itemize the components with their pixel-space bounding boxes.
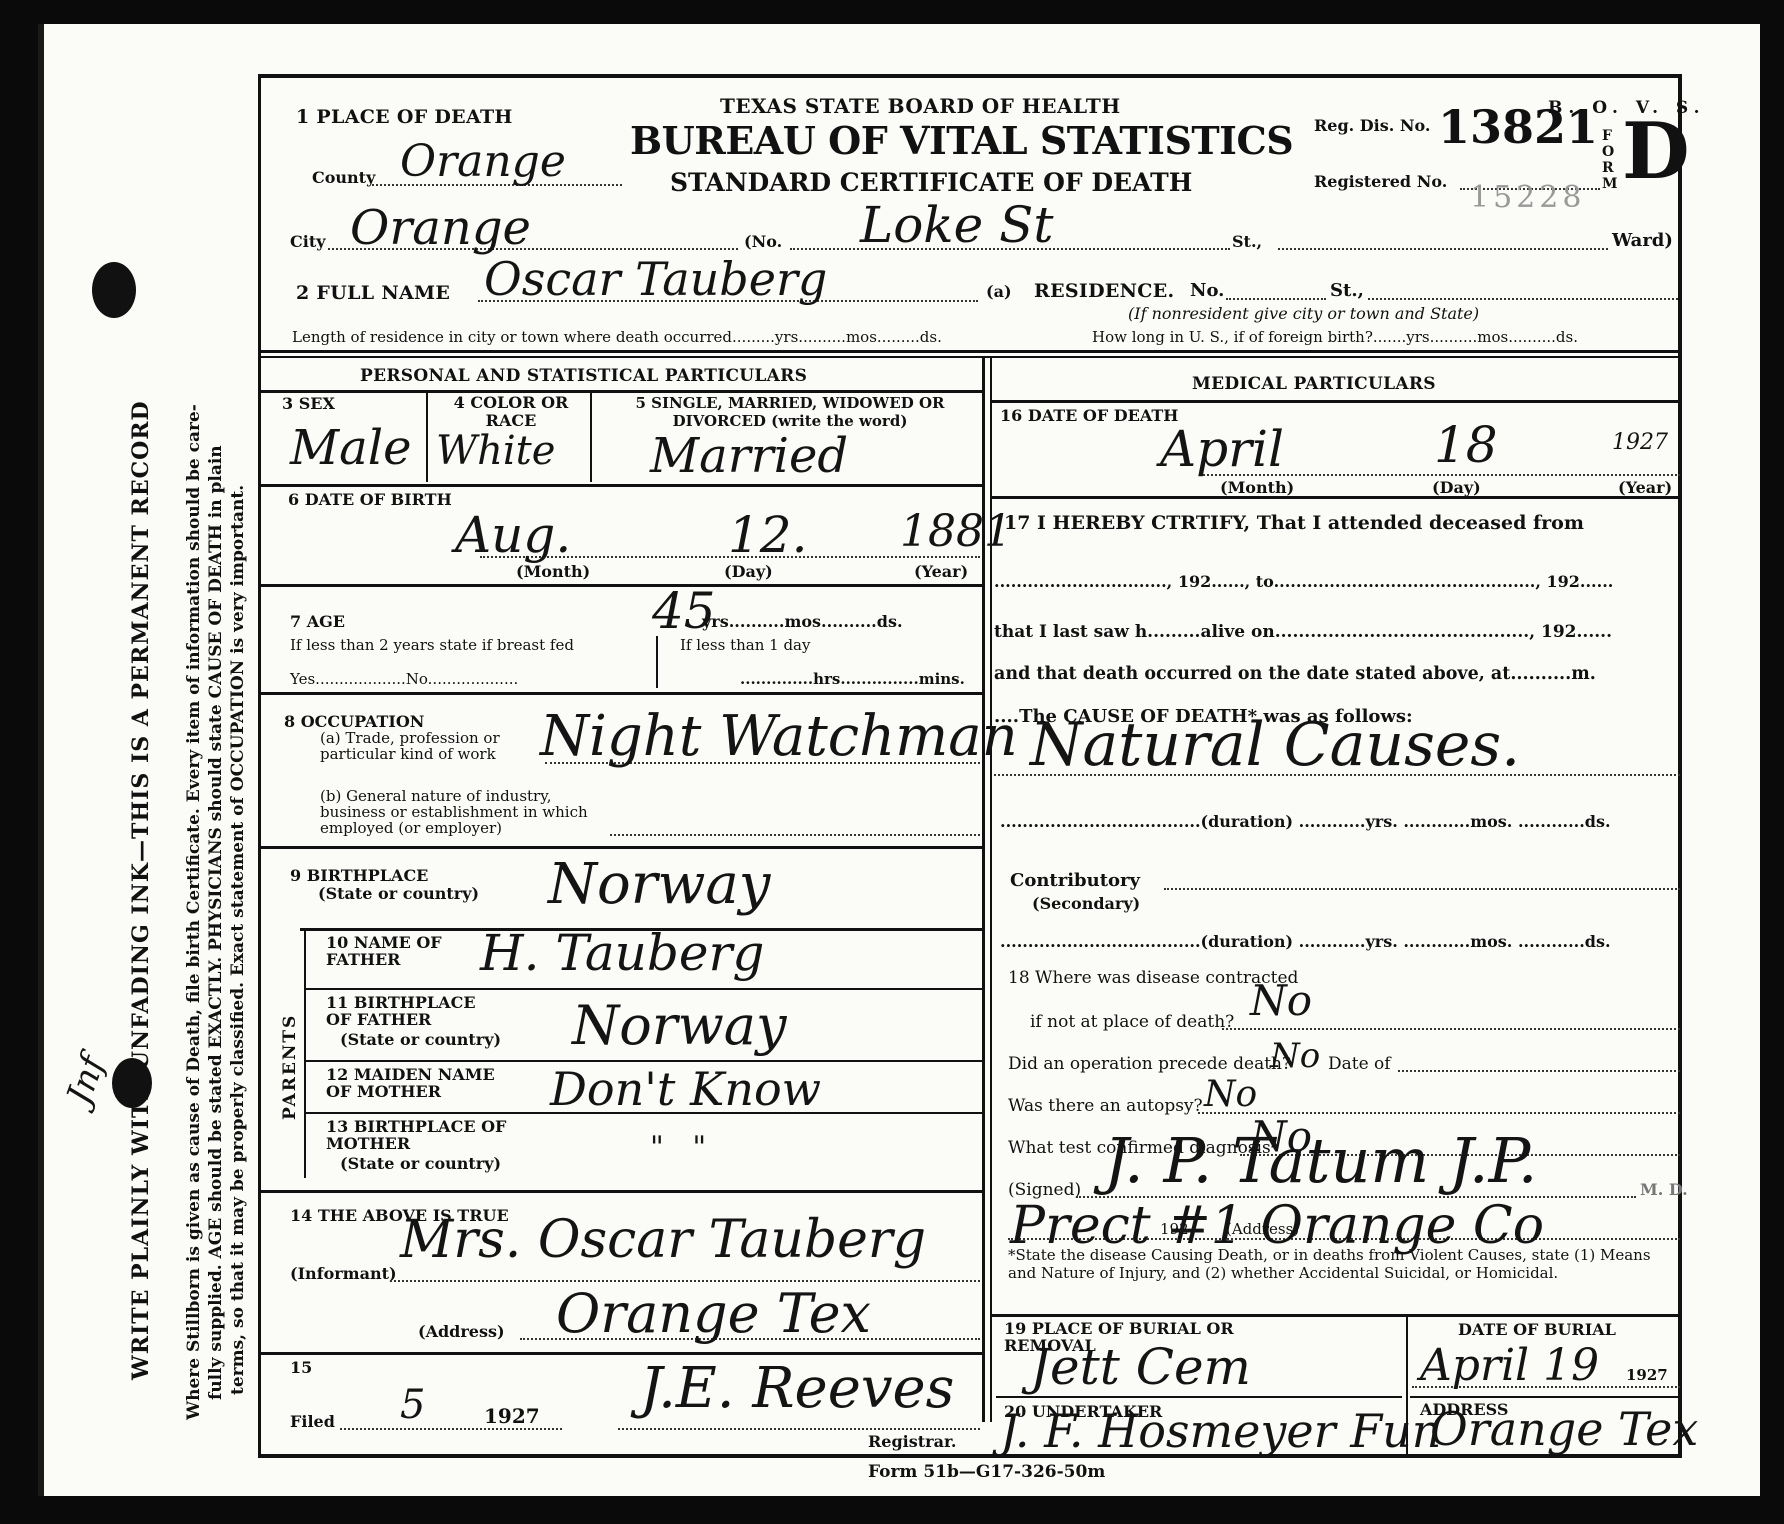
not-at-place-label: if not at place of death? — [1030, 1012, 1234, 1032]
divider-dob — [260, 484, 982, 487]
age-value: 45 — [652, 582, 716, 640]
residence-st-label: St., — [1330, 280, 1364, 301]
last-saw-alive-line: that I last saw h.........alive on......… — [994, 622, 1612, 642]
dod-month-caption: (Month) — [1220, 478, 1294, 497]
residence-no-label: No. — [1190, 280, 1224, 301]
bureau-title: BUREAU OF VITAL STATISTICS — [630, 118, 1293, 163]
dob-month-value: Aug. — [455, 506, 571, 564]
binder-hole-bottom — [112, 1058, 152, 1108]
occupation-a-label: (a) Trade, profession or particular kind… — [320, 730, 550, 762]
less-than-1-day-label: If less than 1 day — [680, 636, 810, 654]
city-value: Orange — [350, 200, 531, 256]
margin-instructions-line-3: terms, so that it may be properly classi… — [228, 485, 248, 1395]
filed-label: Filed — [290, 1412, 335, 1431]
medical-section-title: MEDICAL PARTICULARS — [1192, 374, 1436, 394]
color-value: White — [436, 428, 555, 474]
form-letter-d: D — [1622, 112, 1690, 192]
nonresident-note: (If nonresident give city or town and St… — [1128, 304, 1479, 323]
color-marital-divider — [590, 392, 592, 482]
mother-birthplace-sub: (State or country) — [340, 1154, 501, 1173]
operation-label: Did an operation precede death? — [1008, 1054, 1291, 1074]
how-long-in-us: How long in U. S., if of foreign birth?.… — [1092, 328, 1578, 346]
street-no-label: (No. — [744, 232, 782, 251]
divider-filed — [260, 1352, 982, 1355]
informant-address-label: (Address) — [418, 1322, 505, 1341]
divider-burial — [992, 1314, 1682, 1317]
age-divider — [656, 636, 658, 688]
length-of-residence: Length of residence in city or town wher… — [292, 328, 942, 346]
dod-day-caption: (Day) — [1432, 478, 1481, 497]
certify-statement: 17 I HEREBY CTRTIFY, That I attended dec… — [1004, 512, 1584, 534]
informant-address-value: Orange Tex — [556, 1282, 871, 1345]
filed-day-value: 5 — [400, 1382, 425, 1428]
place-of-death-label: 1 PLACE OF DEATH — [296, 106, 513, 128]
dod-day-value: 18 — [1434, 416, 1498, 474]
occupation-b-line — [610, 834, 980, 836]
father-name-label: 10 NAME OF FATHER — [326, 934, 456, 968]
undertaker-address-value: Orange Tex — [1430, 1402, 1698, 1456]
divider-personal-title — [260, 390, 982, 393]
undertaker-value: J. F. Hosmeyer Fun — [1000, 1404, 1441, 1458]
form-number: Form 51b—G17-326-50m — [868, 1462, 1105, 1482]
physician-address-label: (Address) — [1226, 1220, 1299, 1238]
reg-dis-label: Reg. Dis. No. — [1314, 116, 1431, 135]
age-units: yrs..........mos..........ds. — [702, 612, 903, 631]
birthplace-value: Norway — [548, 852, 770, 917]
binder-hole-top — [92, 262, 136, 318]
county-label: County — [312, 168, 375, 187]
marital-status-label: 5 SINGLE, MARRIED, WIDOWED OR DIVORCED (… — [600, 394, 980, 430]
dob-year-value: 1881 — [900, 506, 1012, 557]
residence-st-line — [1368, 298, 1678, 300]
contributory-duration-line: ....................................(dur… — [1000, 932, 1611, 951]
occupation-b-label: (b) General nature of industry, business… — [320, 788, 620, 836]
cause-duration-line: ....................................(dur… — [1000, 812, 1611, 831]
residence-label: RESIDENCE. — [1034, 280, 1174, 302]
ward-line — [1278, 248, 1608, 250]
divider-age — [260, 584, 982, 587]
occupation-a-value: Night Watchman — [540, 704, 1018, 769]
not-at-place-line — [1222, 1028, 1680, 1030]
full-name-label: 2 FULL NAME — [296, 282, 450, 304]
st-label: St., — [1232, 232, 1262, 251]
divider-informant — [260, 1190, 982, 1193]
autopsy-value: No — [1204, 1074, 1257, 1115]
sex-value: Male — [290, 420, 412, 476]
full-name-value: Oscar Tauberg — [484, 252, 827, 306]
county-value: Orange — [400, 136, 566, 187]
divider-father-birthplace — [306, 988, 982, 990]
burial-year-value: 1927 — [1626, 1366, 1668, 1384]
divider-medical-title — [992, 400, 1682, 403]
ward-label: Ward) — [1612, 230, 1673, 251]
informant-label: (Informant) — [290, 1264, 397, 1283]
dob-year-caption: (Year) — [914, 562, 968, 581]
residence-a-label: (a) — [986, 282, 1012, 301]
hrs-mins-field: ..............hrs...............mins. — [740, 670, 965, 688]
margin-instructions-line-1: Where Stillborn is given as cause of Dea… — [184, 404, 204, 1420]
certificate-title: STANDARD CERTIFICATE OF DEATH — [670, 168, 1192, 197]
birthplace-sub: (State or country) — [318, 884, 479, 903]
burial-date-value: April 19 — [1420, 1340, 1599, 1391]
personal-section-title: PERSONAL AND STATISTICAL PARTICULARS — [360, 366, 807, 386]
md-label: M. D. — [1640, 1180, 1688, 1199]
parents-label: PARENTS — [280, 1014, 300, 1120]
father-birthplace-value: Norway — [572, 994, 787, 1057]
divider-birthplace — [260, 846, 982, 849]
filed-year-value: 1927 — [484, 1404, 540, 1428]
dob-day-value: 12. — [728, 506, 808, 564]
physician-address-year: 192 — [1160, 1220, 1189, 1238]
dod-month-value: April — [1160, 420, 1284, 478]
permanent-record-notice: WRITE PLAINLY WITH UNFADING INK—THIS IS … — [128, 400, 154, 1380]
divider-certify — [992, 496, 1682, 499]
registrar-line — [618, 1428, 980, 1430]
operation-value: No — [1270, 1036, 1320, 1076]
street-value: Loke St — [860, 196, 1053, 254]
agency-title: TEXAS STATE BOARD OF HEALTH — [720, 94, 1121, 118]
birthplace-label: 9 BIRTHPLACE — [290, 866, 428, 885]
registered-no-value: 15228 — [1470, 180, 1585, 215]
divider-name-section-2 — [260, 356, 1682, 358]
dob-month-caption: (Month) — [516, 562, 590, 581]
divider-undertaker-address — [1410, 1396, 1680, 1398]
burial-date-label: DATE OF BURIAL — [1458, 1320, 1616, 1339]
dod-year-caption: (Year) — [1618, 478, 1672, 497]
parents-bracket — [304, 928, 306, 1178]
form-letters: FORM — [1602, 128, 1616, 192]
father-birthplace-sub: (State or country) — [340, 1030, 501, 1049]
item-15-label: 15 — [290, 1358, 312, 1377]
city-label: City — [290, 232, 326, 251]
filed-line — [340, 1428, 562, 1430]
sex-label: 3 SEX — [282, 394, 335, 413]
date-of-operation-label: Date of — [1328, 1054, 1391, 1074]
not-at-place-value: No — [1250, 976, 1312, 1025]
date-of-operation-line — [1398, 1070, 1680, 1072]
color-label: 4 COLOR OR RACE — [436, 394, 586, 430]
death-occurred-line: and that death occurred on the date stat… — [994, 664, 1596, 684]
dob-day-caption: (Day) — [724, 562, 773, 581]
mother-maiden-label: 12 MAIDEN NAME OF MOTHER — [326, 1066, 516, 1100]
informant-value: Mrs. Oscar Tauberg — [400, 1210, 926, 1270]
divider-undertaker — [996, 1396, 1402, 1398]
age-label: 7 AGE — [290, 612, 345, 631]
autopsy-label: Was there an autopsy? — [1008, 1096, 1203, 1116]
marital-status-value: Married — [650, 428, 848, 484]
father-name-value: H. Tauberg — [480, 924, 764, 982]
mother-maiden-value: Don't Know — [550, 1062, 821, 1116]
mother-birthplace-value: " " — [650, 1130, 706, 1165]
residence-no-line — [1226, 298, 1326, 300]
breast-fed-label: If less than 2 years state if breast fed — [290, 636, 574, 654]
contributory-label: Contributory — [1010, 870, 1140, 891]
physician-signature: J. P. Tatum J.P. — [1104, 1124, 1538, 1197]
registrar-label: Registrar. — [868, 1432, 956, 1451]
burial-place-value: Jett Cem — [1030, 1338, 1251, 1396]
dod-year-value: 1927 — [1612, 430, 1668, 455]
father-birthplace-label: 11 BIRTHPLACE OF FATHER — [326, 994, 496, 1028]
yes-no-field: Yes...................No................… — [290, 670, 518, 688]
date-of-death-label: 16 DATE OF DEATH — [1000, 406, 1178, 425]
contributory-line — [1164, 888, 1680, 890]
margin-instructions-line-2: fully supplied. AGE should be stated EXA… — [206, 445, 226, 1400]
divider-mother-birthplace — [306, 1112, 982, 1114]
registrar-signature: J.E. Reeves — [640, 1356, 954, 1421]
divider-name-section — [260, 350, 1682, 353]
sex-color-divider — [426, 392, 428, 482]
mother-birthplace-label: 13 BIRTHPLACE OF MOTHER — [326, 1118, 516, 1152]
registered-no-label: Registered No. — [1314, 172, 1447, 191]
secondary-label: (Secondary) — [1032, 894, 1140, 913]
attended-dates-line: ..............................., 192....… — [994, 572, 1613, 591]
divider-occupation — [260, 692, 982, 695]
cause-of-death-value: Natural Causes. — [1030, 710, 1520, 780]
date-of-birth-label: 6 DATE OF BIRTH — [288, 490, 452, 509]
cause-footnote: *State the disease Causing Death, or in … — [1008, 1246, 1680, 1282]
